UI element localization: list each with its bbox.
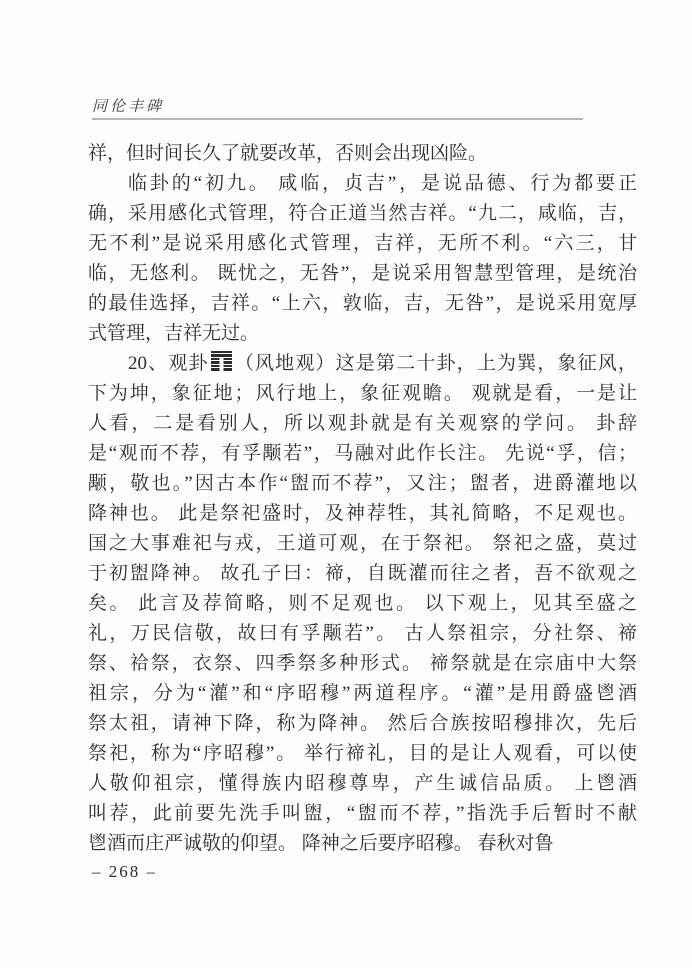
text-line: 叫荐，此前要先洗手叫盥，“盥而不荐，”指洗手后暂时不献 xyxy=(88,799,637,829)
text-line: 国之大事难祀与戎，王道可观，在于祭祀。 祭祀之盛，莫过 xyxy=(88,529,637,559)
text-line: 临，无悠利。 既忧之，无咎”，是说采用智慧型管理，是统治 xyxy=(88,259,637,289)
text-line: 矣。 此言及荐简略，则不足观也。 以下观上，见其至盛之 xyxy=(88,589,637,619)
text-line: 降神也。 此是祭祀盛时，及神荐牲，其礼简略，不足观也。 xyxy=(88,499,637,529)
body-text: 祥，但时间长久了就要改革，否则会出现凶险。临卦的“初九。 咸临，贞吉”，是说品德… xyxy=(88,139,637,859)
text-line: 式管理，吉祥无过。 xyxy=(88,319,637,349)
page-number: – 268 – xyxy=(92,862,157,881)
page-footer: – 268 – xyxy=(92,862,157,882)
text-line: 礼，万民信敬，故曰有孚颙若”。 古人祭祖宗，分社祭、禘 xyxy=(88,619,637,649)
text-line: 于初盥降神。 故孔子曰：禘，自既灌而往之者，吾不欲观之 xyxy=(88,559,637,589)
running-title: 同伦丰碑 xyxy=(92,95,164,116)
header-rule xyxy=(92,118,583,120)
text-line: 下为坤，象征地；风行地上，象征观瞻。 观就是看，一是让 xyxy=(88,379,637,409)
text-line: 确，采用感化式管理，符合正道当然吉祥。“九二，咸临，吉， xyxy=(88,199,637,229)
text-line: 祥，但时间长久了就要改革，否则会出现凶险。 xyxy=(88,139,637,169)
text-line: 20、观卦（风地观）这是第二十卦，上为巽，象征风， xyxy=(88,349,637,379)
text-line: 人看，二是看别人，所以观卦就是有关观察的学问。 卦辞 xyxy=(88,409,637,439)
text-line: 鬯酒而庄严诚敬的仰望。 降神之后要序昭穆。 春秋对鲁 xyxy=(88,829,637,859)
text-line: 祖宗，分为“灌”和“序昭穆”两道程序。“灌”是用爵盛鬯酒 xyxy=(88,679,637,709)
text-line: 无不利”是说采用感化式管理，吉祥，无所不利。“六三，甘 xyxy=(88,229,637,259)
text-line: 颙，敬也。”因古本作“盥而不荐”，又注；盥者，进爵灌地以 xyxy=(88,469,637,499)
text-line: 临卦的“初九。 咸临，贞吉”，是说品德、行为都要正 xyxy=(88,169,637,199)
text-line: 是“观而不荐，有孚颙若”，马融对此作长注。 先说“孚，信； xyxy=(88,439,637,469)
guan-hexagram-icon xyxy=(211,351,232,371)
text-line: 祭、祫祭，衣祭、四季祭多种形式。 禘祭就是在宗庙中大祭 xyxy=(88,649,637,679)
text-line: 的最佳选择，吉祥。“上六，敦临，吉，无咎”，是说采用宽厚 xyxy=(88,289,637,319)
text-line: 祭太祖，请神下降，称为降神。 然后合族按昭穆排次，先后 xyxy=(88,709,637,739)
text-line: 祭祀，称为“序昭穆”。 举行禘礼，目的是让人观看，可以使 xyxy=(88,739,637,769)
text-line: 人敬仰祖宗，懂得族内昭穆尊卑，产生诚信品质。 上鬯酒 xyxy=(88,769,637,799)
book-page: 同伦丰碑 祥，但时间长久了就要改革，否则会出现凶险。临卦的“初九。 咸临，贞吉”… xyxy=(0,0,692,968)
